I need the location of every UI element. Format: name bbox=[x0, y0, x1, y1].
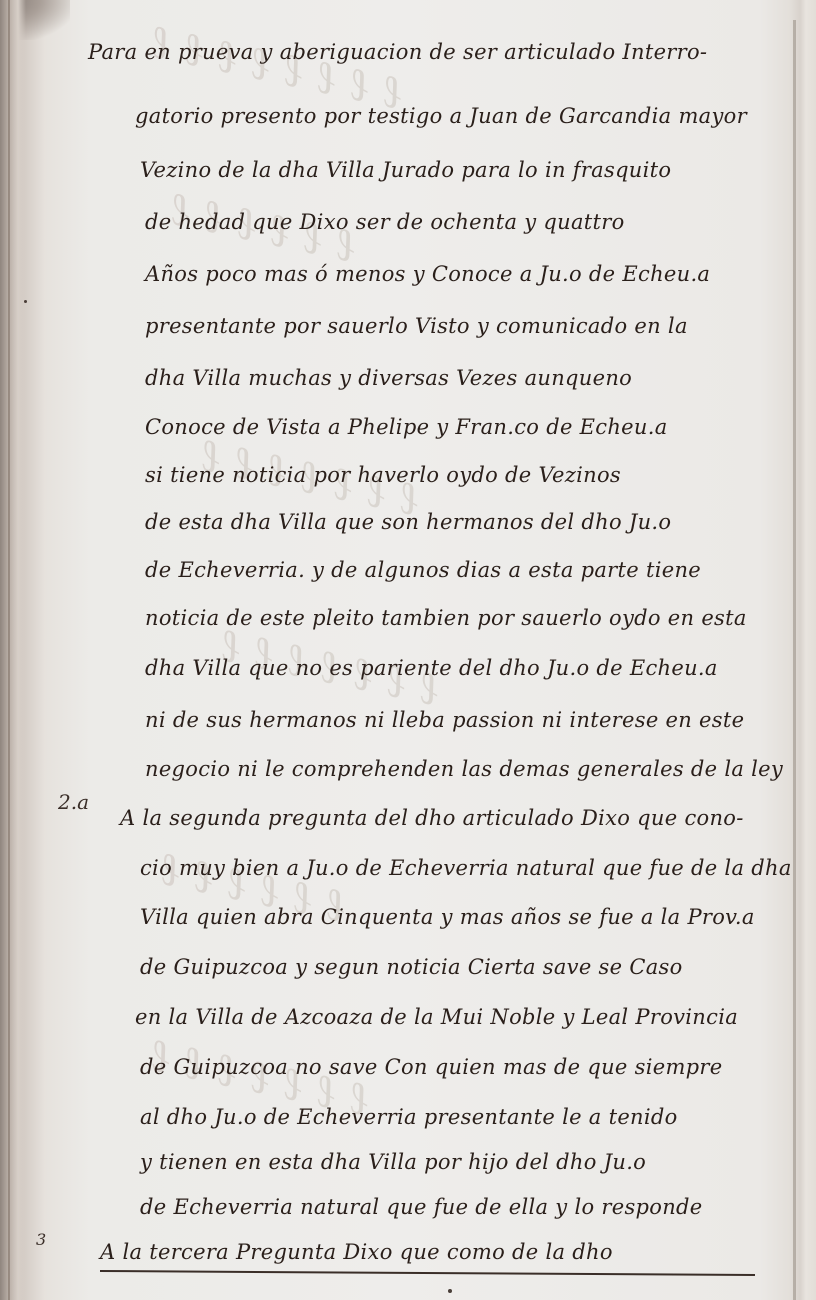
text-line-1: Para en prueva y aberiguacion de ser art… bbox=[88, 40, 707, 64]
page-edge bbox=[793, 20, 796, 1300]
margin-question-3-marker: 3 bbox=[36, 1230, 46, 1249]
text-line-11: de Echeverria. y de algunos dias a esta … bbox=[145, 558, 701, 582]
text-line-22: al dho Ju.o de Echeverria presentante le… bbox=[140, 1105, 678, 1129]
text-line-9: si tiene noticia por haverlo oydo de Vez… bbox=[145, 463, 621, 487]
text-line-16: A la segunda pregunta del dho articulado… bbox=[120, 806, 744, 830]
text-line-3: Vezino de la dha Villa Jurado para lo in… bbox=[140, 158, 671, 182]
text-line-10: de esta dha Villa que son hermanos del d… bbox=[145, 510, 671, 534]
text-line-12: noticia de este pleito tambien por sauer… bbox=[145, 606, 747, 630]
text-line-13: dha Villa que no es pariente del dho Ju.… bbox=[145, 656, 718, 680]
ink-spot bbox=[24, 300, 27, 303]
text-line-25: A la tercera Pregunta Dixo que como de l… bbox=[100, 1240, 613, 1264]
text-line-14: ni de sus hermanos ni lleba passion ni i… bbox=[145, 708, 744, 732]
text-line-4: de hedad que Dixo ser de ochenta y quatt… bbox=[145, 210, 625, 234]
text-line-17: cio muy bien a Ju.o de Echeverria natura… bbox=[140, 856, 792, 880]
text-line-18: Villa quien abra Cinquenta y mas años se… bbox=[140, 905, 755, 929]
closing-rule-line bbox=[100, 1270, 755, 1276]
text-line-20: en la Villa de Azcoaza de la Mui Noble y… bbox=[135, 1005, 738, 1029]
text-line-15: negocio ni le comprehenden las demas gen… bbox=[145, 757, 783, 781]
text-line-7: dha Villa muchas y diversas Vezes aunque… bbox=[145, 366, 632, 390]
manuscript-scan: ℓ ℓ ℓ ℓ ℓ ℓ ℓ ℓ ℓ ℓ ℓ ℓ ℓ ℓ ℓ ℓ ℓ ℓ ℓ ℓ … bbox=[0, 0, 816, 1300]
margin-question-2-marker: 2.a bbox=[58, 790, 89, 814]
text-line-23: y tienen en esta dha Villa por hijo del … bbox=[140, 1150, 646, 1174]
text-line-6: presentante por sauerlo Visto y comunica… bbox=[145, 314, 688, 338]
text-line-5: Años poco mas ó menos y Conoce a Ju.o de… bbox=[145, 262, 710, 286]
text-line-2: gatorio presento por testigo a Juan de G… bbox=[135, 104, 747, 128]
text-line-19: de Guipuzcoa y segun noticia Cierta save… bbox=[140, 955, 683, 979]
text-line-21: de Guipuzcoa no save Con quien mas de qu… bbox=[140, 1055, 722, 1079]
text-line-24: de Echeverria natural que fue de ella y … bbox=[140, 1195, 703, 1219]
ink-spot bbox=[448, 1289, 452, 1293]
text-line-8: Conoce de Vista a Phelipe y Fran.co de E… bbox=[145, 415, 668, 439]
binding-edge bbox=[0, 0, 26, 1300]
